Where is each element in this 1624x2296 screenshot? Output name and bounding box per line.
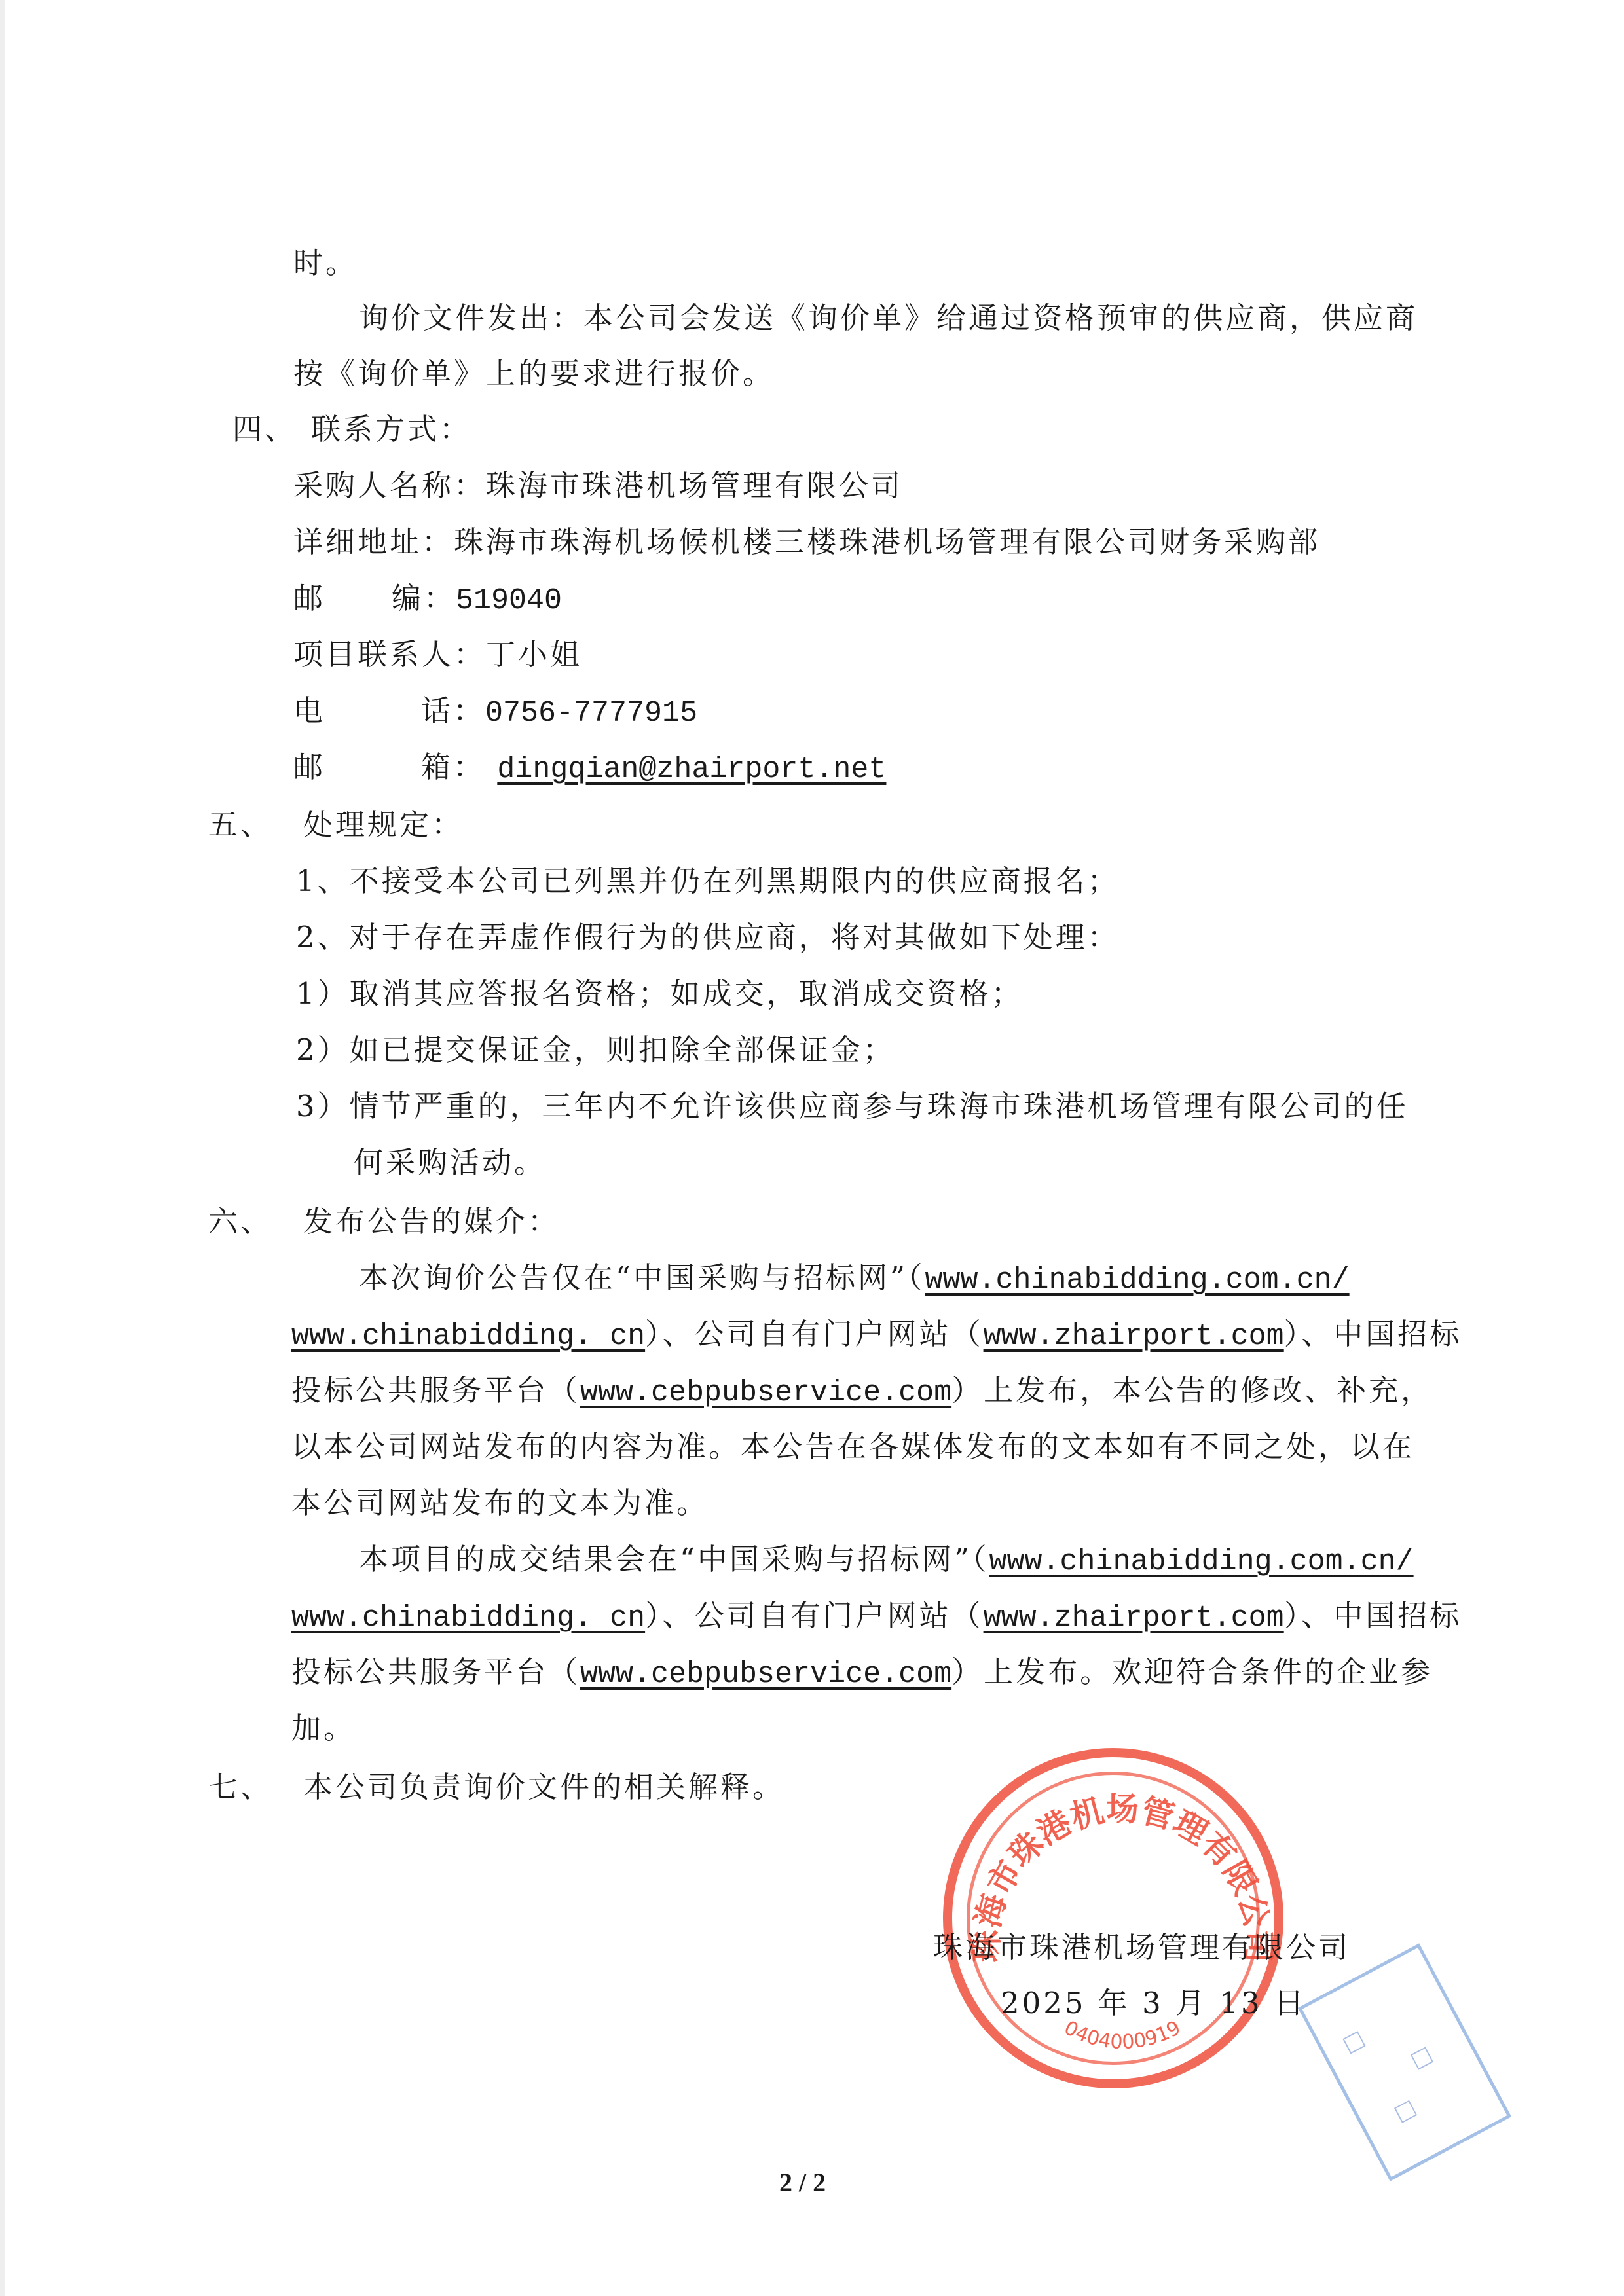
section-contact-heading: 四、联系方式： (232, 410, 471, 449)
media-paragraph-2-line-4: 加。 (291, 1709, 356, 1748)
rule-item: 1、不接受本公司已列黑并仍在列黑期限内的供应商报名； (296, 862, 1120, 901)
phone-label-part1: 电 (293, 691, 421, 731)
section-number: 七、 (208, 1768, 303, 1807)
postcode-row: 邮编：519040 (293, 579, 562, 621)
address-label: 详细地址： (293, 524, 454, 559)
media-paragraph-1-line-5: 本公司网站发布的文本为准。 (291, 1484, 709, 1523)
media-paragraph-2-line-2: www.chinabidding. cn）、公司自有门户网站（www.zhair… (291, 1596, 1462, 1638)
media-paragraph-1-line-4: 以本公司网站发布的内容为准。本公告在各媒体发布的文本如有不同之处，以在 (291, 1427, 1414, 1467)
address-value: 珠海市珠海机场候机楼三楼珠港机场管理有限公司财务采购部 (454, 524, 1320, 559)
media-paragraph-1-line-1: 本次询价公告仅在“中国采购与招标网”（www.chinabidding.com.… (359, 1258, 1350, 1300)
text: 本次询价公告仅在“中国采购与招标网”（ (359, 1260, 925, 1295)
media-paragraph-1-line-3: 投标公共服务平台（www.cebpubservice.com）上发布，本公告的修… (291, 1371, 1433, 1413)
email-label-part1: 邮 (293, 748, 421, 787)
link-chinabidding-cn[interactable]: www.chinabidding. cn (291, 1320, 645, 1353)
rule-item: 2）如已提交保证金，则扣除全部保证金； (296, 1030, 895, 1070)
section-interpretation-heading: 七、本公司负责询价文件的相关解释。 (208, 1768, 784, 1807)
text: 投标公共服务平台（ (291, 1654, 580, 1689)
purchaser-value: 珠海市珠港机场管理有限公司 (486, 468, 903, 503)
section-number: 六、 (208, 1202, 303, 1241)
signature-date: 2025 年 3 月 13 日 (1001, 1984, 1306, 2023)
link-chinabidding-com-cn[interactable]: www.chinabidding.com.cn/ (989, 1545, 1414, 1578)
postcode-value: 519040 (456, 584, 562, 617)
phone-row: 电话：0756-7777915 (293, 691, 697, 733)
section-number: 四、 (232, 410, 311, 449)
section-title: 联系方式： (311, 412, 471, 446)
contact-person-label: 项目联系人： (293, 637, 486, 672)
link-zhairport[interactable]: www.zhairport.com (984, 1320, 1284, 1353)
blue-faded-stamp: □ □ □ (1298, 1943, 1511, 2181)
link-cebpubservice[interactable]: www.cebpubservice.com (580, 1376, 951, 1410)
link-cebpubservice[interactable]: www.cebpubservice.com (580, 1658, 951, 1691)
rule-item: 3）情节严重的，三年内不允许该供应商参与珠海市珠港机场管理有限公司的任 (296, 1087, 1409, 1126)
section-title: 处理规定： (303, 807, 464, 842)
section-title: 本公司负责询价文件的相关解释。 (303, 1770, 784, 1804)
link-zhairport[interactable]: www.zhairport.com (984, 1601, 1284, 1635)
text: ）上发布。欢迎符合条件的企业参 (951, 1654, 1433, 1689)
section-title: 发布公告的媒介： (303, 1204, 560, 1239)
phone-label-part2: 话： (421, 693, 485, 728)
text: 本项目的成交结果会在“中国采购与招标网”（ (359, 1542, 989, 1576)
purchaser-label: 采购人名称： (293, 468, 486, 503)
inquiry-issue-paragraph-cont: 按《询价单》上的要求进行报价。 (293, 354, 775, 393)
rule-item: 2、对于存在弄虚作假行为的供应商，将对其做如下处理： (296, 918, 1120, 957)
company-seal-stamp: 珠海市珠港机场管理有限公司 0404000919 (943, 1748, 1283, 2088)
contact-person-row: 项目联系人：丁小姐 (293, 635, 582, 674)
postcode-label-part1: 邮 (293, 579, 392, 618)
text: 投标公共服务平台（ (291, 1373, 580, 1408)
text: ）、公司自有门户网站（ (645, 1317, 984, 1351)
rule-item: 1）取消其应答报名资格；如成交，取消成交资格； (296, 974, 1024, 1013)
email-label-part2: 箱： (421, 750, 485, 784)
media-paragraph-1-line-2: www.chinabidding. cn）、公司自有门户网站（www.zhair… (291, 1315, 1462, 1357)
section-media-heading: 六、发布公告的媒介： (208, 1202, 560, 1241)
link-chinabidding-com-cn[interactable]: www.chinabidding.com.cn/ (925, 1264, 1350, 1297)
email-link[interactable]: dingqian@zhairport.net (497, 753, 886, 786)
continuation-text: 时。 (293, 244, 358, 283)
media-paragraph-2-line-3: 投标公共服务平台（www.cebpubservice.com）上发布。欢迎符合条… (291, 1652, 1433, 1694)
text: ）、公司自有门户网站（ (645, 1598, 984, 1633)
email-row: 邮箱： dingqian@zhairport.net (293, 748, 886, 790)
section-rules-heading: 五、处理规定： (208, 805, 464, 845)
page-edge (0, 0, 5, 2296)
text: ）上发布，本公告的修改、补充， (951, 1373, 1433, 1408)
purchaser-row: 采购人名称：珠海市珠港机场管理有限公司 (293, 466, 903, 505)
media-paragraph-2-line-1: 本项目的成交结果会在“中国采购与招标网”（www.chinabidding.co… (359, 1540, 1414, 1582)
text: ）、中国招标 (1284, 1598, 1462, 1633)
phone-value: 0756-7777915 (485, 697, 697, 730)
signature-company: 珠海市珠港机场管理有限公司 (933, 1928, 1350, 1967)
link-chinabidding-cn[interactable]: www.chinabidding. cn (291, 1601, 645, 1635)
postcode-label-part2: 编： (392, 581, 456, 615)
section-number: 五、 (208, 805, 303, 845)
rule-item-cont: 何采购活动。 (354, 1143, 546, 1182)
page-number: 2 / 2 (779, 2167, 826, 2198)
seal-text-arc: 珠海市珠港机场管理有限公司 0404000919 (952, 1757, 1293, 2098)
address-row: 详细地址：珠海市珠海机场候机楼三楼珠港机场管理有限公司财务采购部 (293, 522, 1320, 562)
text: ）、中国招标 (1284, 1317, 1462, 1351)
contact-person-value: 丁小姐 (486, 637, 582, 672)
inquiry-issue-paragraph: 询价文件发出：本公司会发送《询价单》给通过资格预审的供应商，供应商 (359, 299, 1418, 338)
